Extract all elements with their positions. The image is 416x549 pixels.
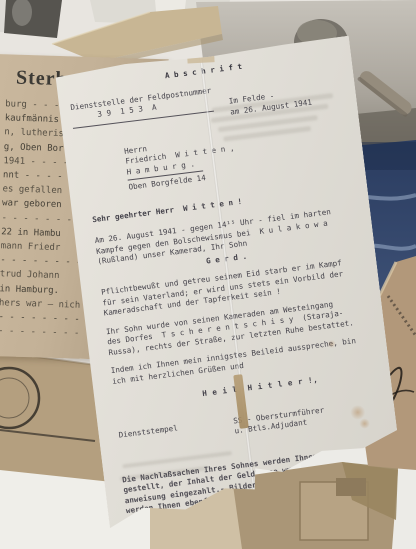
service-stamp-label: Dienststempel [118,423,180,451]
foxing-spot [359,418,371,429]
kraft-slot [336,478,366,496]
photo-of-documents: Sterbe burg - - - -kaufmännisn, lutheris… [0,0,416,549]
top-left-photo [4,0,62,38]
